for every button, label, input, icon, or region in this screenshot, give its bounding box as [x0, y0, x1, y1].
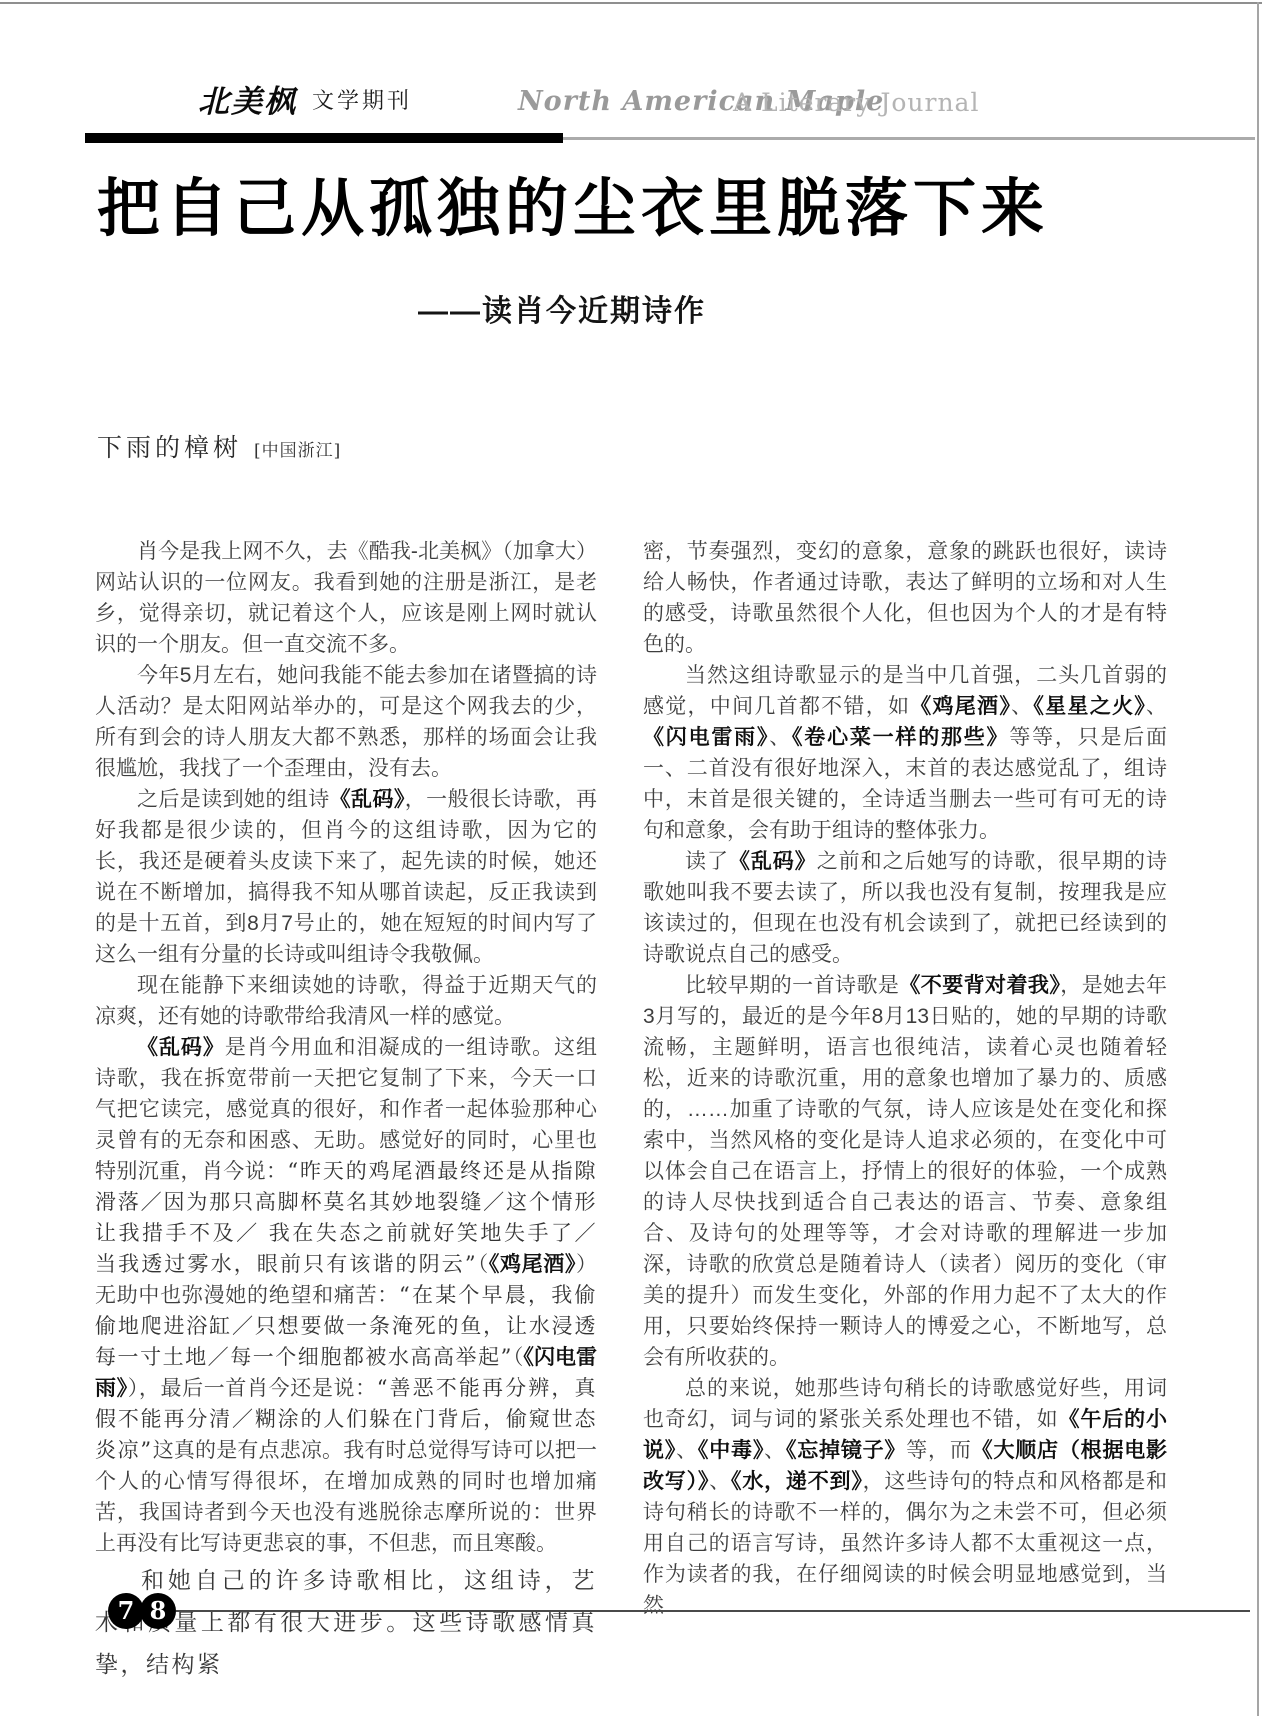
page-number-badge-left: 7	[108, 1593, 144, 1629]
footer-rule	[176, 1610, 1250, 1612]
author-name: 下雨的樟树	[97, 433, 242, 462]
body-text: 比较早期的一首诗歌是	[685, 974, 899, 997]
body-text: 之后是读到她的组诗	[137, 788, 330, 811]
body-text: 、	[764, 1439, 786, 1462]
article-paragraph: 今年5月左右，她问我能不能去参加在诸暨搞的诗人活动？是太阳网站举办的，可是这个网…	[95, 660, 597, 784]
poem-title-bold: 《乱码》	[729, 850, 817, 873]
poem-title-bold: 《不要背对着我》	[899, 974, 1060, 997]
poem-title-bold: 《星星之火》	[1033, 695, 1146, 718]
body-text: 肖今是我上网不久，去《酷我-北美枫》（加拿大）网站认识的一位网友。我看到她的注册…	[95, 540, 597, 656]
magazine-logo-cn: 北美枫	[198, 76, 297, 121]
article-paragraph: 读了《乱码》之前和之后她写的诗歌，很早期的诗歌她叫我不要去读了，所以我也没有复制…	[643, 846, 1167, 970]
poem-title-bold: 《鸡尾酒》	[910, 695, 1011, 718]
poem-title-bold: 《鸡尾酒》	[489, 1253, 576, 1276]
header-thin-rule	[563, 137, 1255, 140]
poem-title-bold: 《乱码》	[330, 788, 405, 811]
page-right-edge	[1257, 2, 1259, 1716]
article-paragraph: 总的来说，她那些诗句稍长的诗歌感觉好些，用词也奇幻，词与词的紧张关系处理也不错，…	[643, 1373, 1167, 1621]
poem-title-bold: 《忘掉镜子》	[786, 1439, 906, 1462]
poem-title-bold: 《乱码》	[137, 1036, 225, 1059]
body-text: ，是她去年3月写的，最近的是今年8月13日贴的，她的早期的诗歌流畅，主题鲜明，语…	[643, 974, 1167, 1369]
article-paragraph: 之后是读到她的组诗《乱码》，一般很长诗歌，再好我都是很少读的，但肖今的这组诗歌，…	[95, 784, 597, 970]
body-text: 、	[769, 726, 792, 749]
article-column-right: 密，节奏强烈，变幻的意象，意象的跳跃也很好，读诗给人畅快，作者通过诗歌，表达了鲜…	[643, 536, 1167, 1621]
body-text: 现在能静下来细读她的诗歌，得益于近期天气的凉爽，还有她的诗歌带给我清风一样的感觉…	[95, 974, 597, 1028]
page-number-badge-right: 8	[140, 1593, 176, 1629]
magazine-page: 北美枫 文学期刊 North American Maple A Literary…	[0, 0, 1262, 1718]
article-column-left: 肖今是我上网不久，去《酷我-北美枫》（加拿大）网站认识的一位网友。我看到她的注册…	[95, 536, 597, 1685]
body-text: 读了	[685, 850, 729, 873]
body-text: （	[513, 1346, 524, 1369]
article-paragraph: 现在能静下来细读她的诗歌，得益于近期天气的凉爽，还有她的诗歌带给我清风一样的感觉…	[95, 970, 597, 1032]
poem-title-bold: 《中毒》	[698, 1439, 764, 1462]
body-text: 这真的是有点悲凉。我有时总觉得写诗可以把一个人的心情写得很坏，在增加成熟的同时也…	[95, 1439, 597, 1555]
page-top-edge	[0, 2, 1262, 4]
body-text: 等，而	[906, 1439, 971, 1462]
body-text: （	[477, 1253, 489, 1276]
article-author: 下雨的樟树 [中国浙江]	[97, 428, 341, 464]
body-text: 、	[709, 1470, 731, 1493]
article-paragraph: 肖今是我上网不久，去《酷我-北美枫》（加拿大）网站认识的一位网友。我看到她的注册…	[95, 536, 597, 660]
author-origin: [中国浙江]	[254, 441, 341, 461]
article-paragraph: 当然这组诗歌显示的是当中几首强，二头几首弱的感觉，中间几首都不错，如《鸡尾酒》、…	[643, 660, 1167, 846]
body-text: 、	[1011, 695, 1033, 718]
body-text: ，一般很长诗歌，再好我都是很少读的，但肖今的这组诗歌，因为它的长，我还是硬着头皮…	[95, 788, 597, 966]
magazine-type-label: 文学期刊	[312, 84, 412, 115]
magazine-subtitle-en: A Literary Journal	[733, 88, 979, 117]
article-title: 把自己从孤独的尘衣里脱落下来	[97, 158, 1177, 249]
poem-title-bold: 《水，递不到》	[731, 1470, 863, 1493]
article-paragraph: 《乱码》是肖今用血和泪凝成的一组诗歌。这组诗歌，我在拆宽带前一天把它复制了下来，…	[95, 1032, 597, 1559]
article-subtitle: ——读肖今近期诗作	[418, 286, 706, 330]
header-thick-rule	[85, 133, 563, 143]
poem-title-bold: 《闪电雷雨》	[643, 726, 769, 749]
body-text: 密，节奏强烈，变幻的意象，意象的跳跃也很好，读诗给人畅快，作者通过诗歌，表达了鲜…	[643, 540, 1167, 656]
poem-title-bold: 《卷心菜一样的那些》	[792, 726, 1009, 749]
article-paragraph: 密，节奏强烈，变幻的意象，意象的跳跃也很好，读诗给人畅快，作者通过诗歌，表达了鲜…	[643, 536, 1167, 660]
body-text: 、	[676, 1439, 698, 1462]
body-text: 今年5月左右，她问我能不能去参加在诸暨搞的诗人活动？是太阳网站举办的，可是这个网…	[95, 664, 597, 780]
article-paragraph: 比较早期的一首诗歌是《不要背对着我》，是她去年3月写的，最近的是今年8月13日贴…	[643, 970, 1167, 1373]
body-text: 、	[1146, 695, 1167, 718]
body-text: ），最后一首肖今还是说：	[128, 1377, 377, 1400]
